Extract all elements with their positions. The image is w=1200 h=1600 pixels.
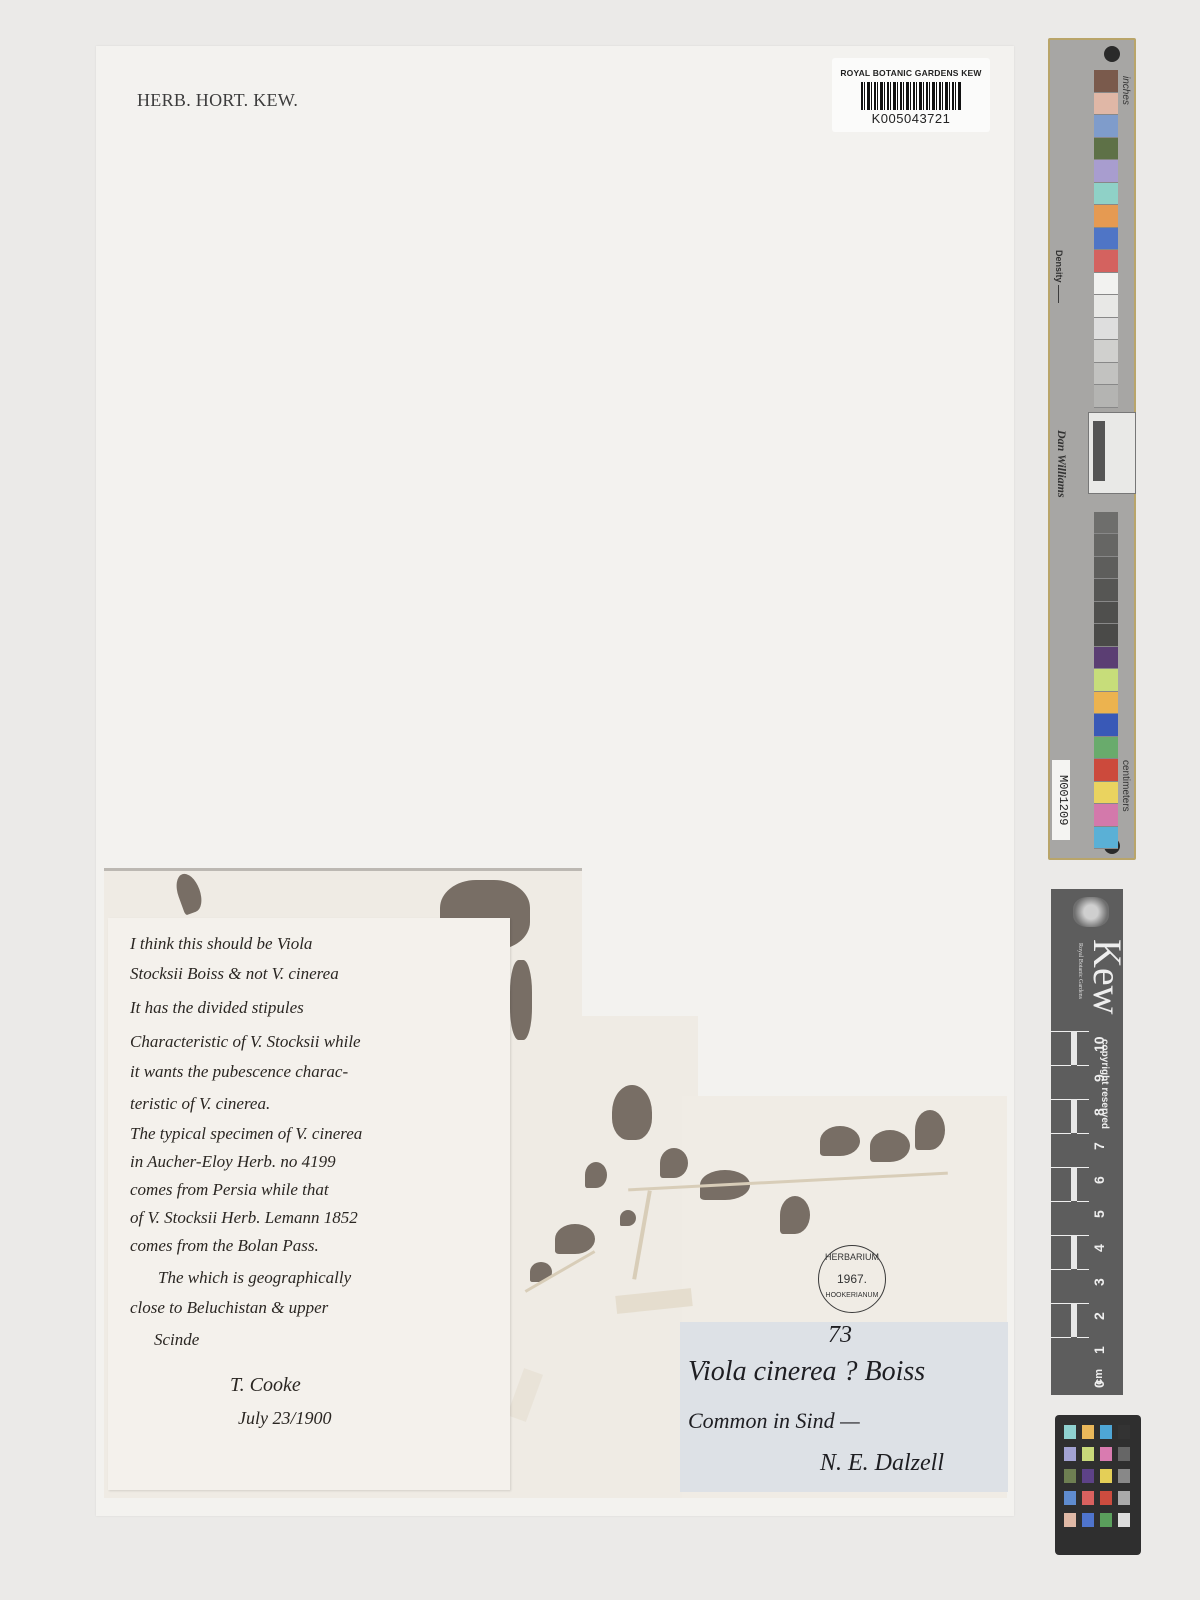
checker-cell <box>1082 1469 1094 1483</box>
resolution-target <box>1088 412 1136 494</box>
note-line: close to Beluchistan & upper <box>130 1298 328 1318</box>
color-swatch <box>1094 669 1118 692</box>
color-swatch <box>1094 624 1118 647</box>
note-line: teristic of V. cinerea. <box>130 1094 270 1114</box>
color-swatch <box>1094 205 1118 228</box>
label-collector: N. E. Dalzell <box>820 1450 944 1477</box>
note-date: July 23/1900 <box>238 1408 331 1429</box>
note-line: The typical specimen of V. cinerea <box>130 1124 362 1144</box>
color-swatch <box>1094 534 1118 557</box>
label-locality: Common in Sind — <box>688 1408 860 1434</box>
barcode-label: ROYAL BOTANIC GARDENS KEW K005043721 <box>832 58 990 132</box>
note-line: in Aucher-Eloy Herb. no 4199 <box>130 1152 336 1172</box>
checker-cell <box>1118 1469 1130 1483</box>
cm-label: cm <box>1093 1369 1105 1385</box>
checker-cell <box>1100 1425 1112 1439</box>
color-swatch <box>1094 93 1118 116</box>
color-swatch <box>1094 385 1118 408</box>
handwritten-note: I think this should be Viola Stocksii Bo… <box>108 918 510 1490</box>
color-swatch <box>1094 250 1118 273</box>
color-swatch <box>1094 647 1118 670</box>
note-line: it wants the pubescence charac- <box>130 1062 348 1082</box>
checker-cell <box>1064 1425 1076 1439</box>
color-swatch <box>1094 579 1118 602</box>
note-line: comes from the Bolan Pass. <box>130 1236 319 1256</box>
centimeters-label: centimeters <box>1120 760 1131 812</box>
ruler-ticks <box>1051 1031 1089 1371</box>
copyright-label: copyright reserved <box>1099 1039 1110 1129</box>
checker-cell <box>1100 1469 1112 1483</box>
checker-cell <box>1118 1491 1130 1505</box>
note-line: Scinde <box>154 1330 199 1350</box>
color-swatch <box>1094 512 1118 535</box>
color-checker <box>1055 1415 1141 1555</box>
checker-cell <box>1082 1425 1094 1439</box>
ruler-number: 6 <box>1091 1163 1107 1197</box>
note-line: Stocksii Boiss & not V. cinerea <box>130 964 339 984</box>
color-swatch <box>1094 160 1118 183</box>
color-scale-strip: inches Density —— Dan Williams centimete… <box>1048 38 1136 860</box>
checker-cell <box>1100 1447 1112 1461</box>
barcode-organization: ROYAL BOTANIC GARDENS KEW <box>832 68 990 78</box>
color-swatch <box>1094 295 1118 318</box>
note-line: of V. Stocksii Herb. Lemann 1852 <box>130 1208 358 1228</box>
note-line: The which is geographically <box>158 1268 351 1288</box>
color-swatch <box>1094 318 1118 341</box>
color-swatch <box>1094 782 1118 805</box>
kew-logo: Kew <box>1087 939 1127 1015</box>
checker-cell <box>1064 1469 1076 1483</box>
note-line: Characteristic of V. Stocksii while <box>130 1032 361 1052</box>
barcode-icon <box>861 82 961 110</box>
color-swatch <box>1094 273 1118 296</box>
checker-cell <box>1064 1491 1076 1505</box>
note-line: I think this should be Viola <box>130 934 312 954</box>
ruler-number: 7 <box>1091 1129 1107 1163</box>
color-swatch <box>1094 714 1118 737</box>
barcode-number: K005043721 <box>832 111 990 126</box>
color-swatch <box>1094 228 1118 251</box>
color-swatch <box>1094 340 1118 363</box>
inches-label: inches <box>1120 76 1131 105</box>
density-label: Density —— <box>1054 250 1064 303</box>
color-swatch <box>1094 115 1118 138</box>
note-signature: T. Cooke <box>230 1374 301 1397</box>
color-swatch <box>1094 804 1118 827</box>
color-swatch <box>1094 183 1118 206</box>
note-line: comes from Persia while that <box>130 1180 329 1200</box>
checker-cell <box>1118 1425 1130 1439</box>
checker-cell <box>1064 1447 1076 1461</box>
checker-cell <box>1082 1513 1094 1527</box>
scale-brand: Dan Williams <box>1054 430 1069 498</box>
checker-cell <box>1082 1491 1094 1505</box>
ruler-number: 3 <box>1091 1265 1107 1299</box>
ruler-number: 2 <box>1091 1299 1107 1333</box>
checker-cell <box>1118 1513 1130 1527</box>
color-swatch <box>1094 759 1118 782</box>
color-swatch <box>1094 363 1118 386</box>
herbarium-header: HERB. HORT. KEW. <box>137 90 298 111</box>
checker-cell <box>1064 1513 1076 1527</box>
label-taxon: Viola cinerea ? Boiss <box>688 1356 925 1388</box>
color-swatch <box>1094 70 1118 93</box>
punch-hole-icon <box>1104 46 1120 62</box>
checker-cell <box>1118 1447 1130 1461</box>
color-swatch <box>1094 557 1118 580</box>
ruler-number: 4 <box>1091 1231 1107 1265</box>
checker-cell <box>1100 1513 1112 1527</box>
label-number: 73 <box>828 1322 852 1349</box>
kew-ruler: Royal Botanic Gardens Kew 109876543210 c… <box>1051 889 1123 1395</box>
kew-crest-icon <box>1073 897 1109 927</box>
determination-label: 73 Viola cinerea ? Boiss Common in Sind … <box>680 1322 1008 1492</box>
herbarium-stamp: HERBARIUM 1967. HOOKERIANUM <box>818 1245 886 1313</box>
checker-cell <box>1100 1491 1112 1505</box>
checker-cell <box>1082 1447 1094 1461</box>
color-swatch <box>1094 692 1118 715</box>
note-line: It has the divided stipules <box>130 998 304 1018</box>
ruler-subbrand: Royal Botanic Gardens <box>1077 943 1083 999</box>
color-swatch <box>1094 737 1118 760</box>
color-swatch <box>1094 138 1118 161</box>
ruler-number: 5 <box>1091 1197 1107 1231</box>
ruler-number: 1 <box>1091 1333 1107 1367</box>
color-swatch <box>1094 827 1118 850</box>
scale-id-code: M001209 <box>1052 760 1070 840</box>
color-swatch <box>1094 602 1118 625</box>
